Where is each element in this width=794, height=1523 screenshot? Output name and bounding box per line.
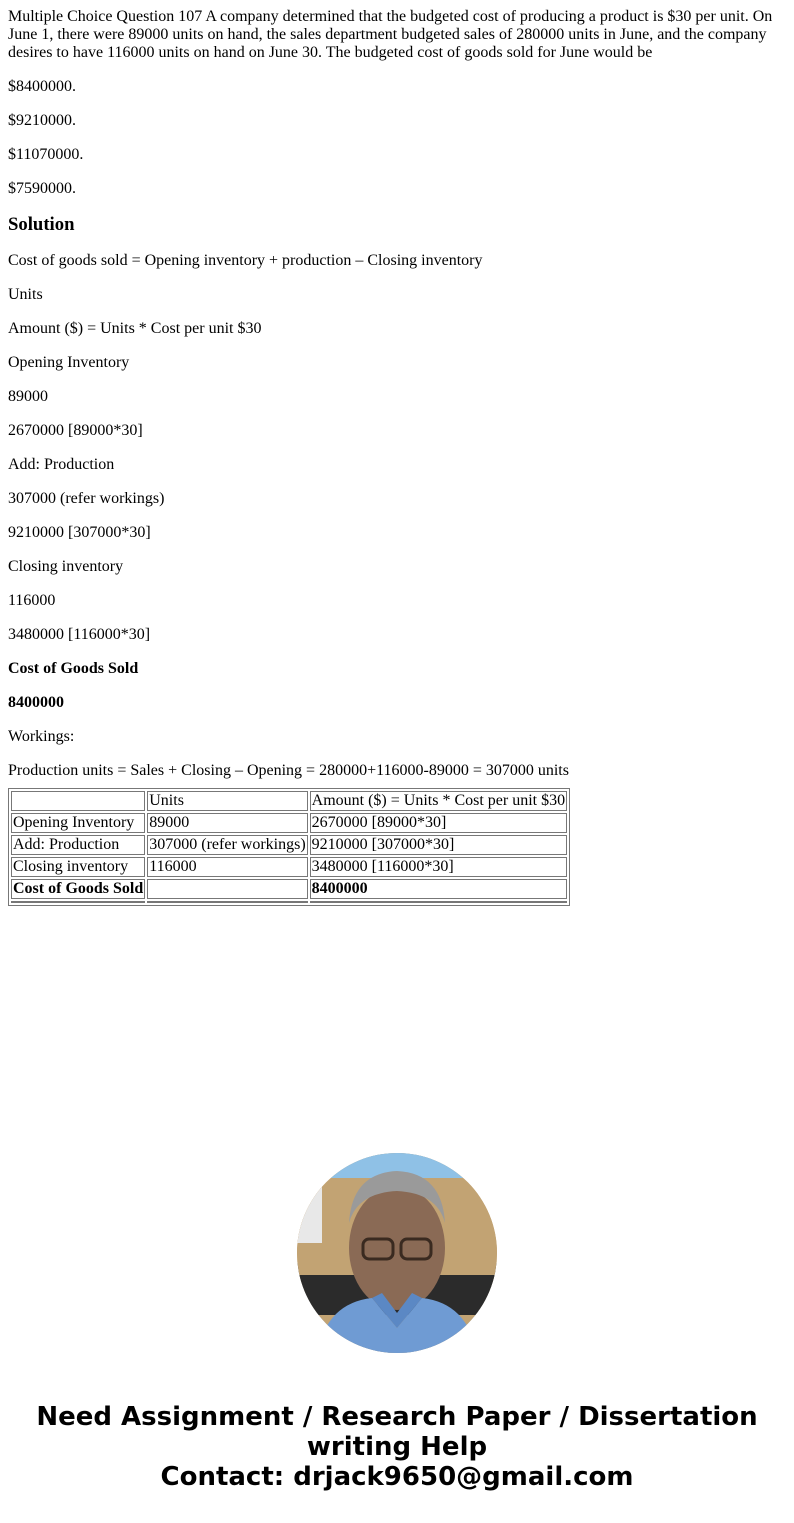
solution-line: 2670000 [89000*30]: [8, 422, 786, 440]
workings-label: Workings:: [8, 728, 786, 746]
table-cell: Cost of Goods Sold: [11, 879, 145, 899]
option-b: $9210000.: [8, 112, 786, 130]
table-cell: Opening Inventory: [11, 813, 145, 833]
table-cell: 307000 (refer workings): [147, 835, 307, 855]
document-body: Multiple Choice Question 107 A company d…: [8, 8, 786, 906]
solution-table: Units Amount ($) = Units * Cost per unit…: [8, 788, 570, 906]
table-row: Add: Production 307000 (refer workings) …: [11, 835, 567, 855]
table-cell: [147, 901, 307, 903]
solution-line: 116000: [8, 592, 786, 610]
solution-line: 307000 (refer workings): [8, 490, 786, 508]
contact-banner: Need Assignment / Research Paper / Disse…: [0, 1402, 794, 1492]
table-cell: 8400000: [310, 879, 567, 899]
table-row-total: Cost of Goods Sold 8400000: [11, 879, 567, 899]
table-cell: [147, 879, 307, 899]
question-text: Multiple Choice Question 107 A company d…: [8, 8, 786, 62]
table-row: Opening Inventory 89000 2670000 [89000*3…: [11, 813, 567, 833]
solution-line: 3480000 [116000*30]: [8, 626, 786, 644]
table-cell: Closing inventory: [11, 857, 145, 877]
total-value: 8400000: [8, 694, 786, 712]
table-cell: 89000: [147, 813, 307, 833]
option-d: $7590000.: [8, 180, 786, 198]
total-label: Cost of Goods Sold: [8, 660, 786, 678]
solution-heading: Solution: [8, 214, 786, 236]
table-cell: 9210000 [307000*30]: [310, 835, 567, 855]
table-cell: Add: Production: [11, 835, 145, 855]
solution-line: Closing inventory: [8, 558, 786, 576]
solution-line: Units: [8, 286, 786, 304]
table-cell: Units: [147, 791, 307, 811]
option-c: $11070000.: [8, 146, 786, 164]
option-a: $8400000.: [8, 78, 786, 96]
solution-line: 89000: [8, 388, 786, 406]
table-cell: Amount ($) = Units * Cost per unit $30: [310, 791, 567, 811]
table-cell: 3480000 [116000*30]: [310, 857, 567, 877]
solution-line: Opening Inventory: [8, 354, 786, 372]
table-cell: [11, 791, 145, 811]
contact-email: Contact: drjack9650@gmail.com: [0, 1462, 794, 1492]
table-cell: 2670000 [89000*30]: [310, 813, 567, 833]
table-cell: [310, 901, 567, 903]
table-row: Closing inventory 116000 3480000 [116000…: [11, 857, 567, 877]
author-photo-icon: [297, 1153, 497, 1353]
solution-line: 9210000 [307000*30]: [8, 524, 786, 542]
workings-text: Production units = Sales + Closing – Ope…: [8, 762, 786, 780]
banner-line-2: writing Help: [0, 1432, 794, 1462]
banner-line-1: Need Assignment / Research Paper / Disse…: [0, 1402, 794, 1432]
solution-line: Add: Production: [8, 456, 786, 474]
table-cell: 116000: [147, 857, 307, 877]
solution-line: Cost of goods sold = Opening inventory +…: [8, 252, 786, 270]
table-row-empty: [11, 901, 567, 903]
table-cell: [11, 901, 145, 903]
table-header-row: Units Amount ($) = Units * Cost per unit…: [11, 791, 567, 811]
solution-line: Amount ($) = Units * Cost per unit $30: [8, 320, 786, 338]
author-avatar: [297, 1153, 497, 1353]
